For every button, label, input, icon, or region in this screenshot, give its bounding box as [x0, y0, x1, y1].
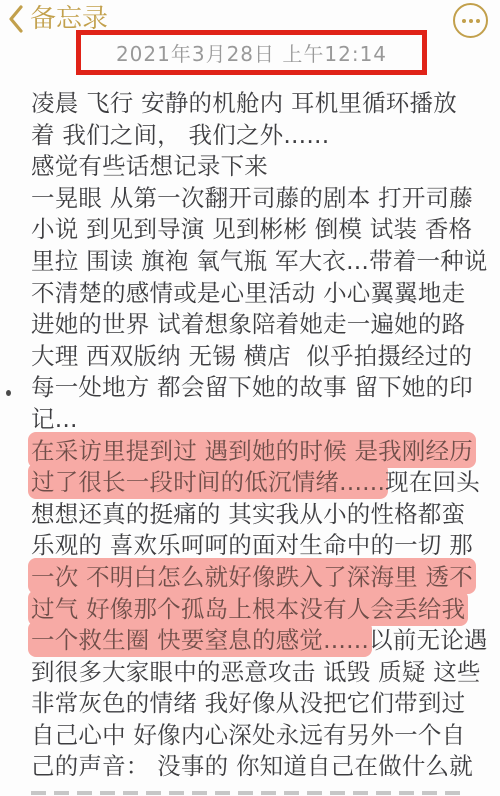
note-line: 一个救生圈 快要窒息的感觉......以前无论遇 [31, 625, 492, 657]
note-line: 进她的世界 试着想象陪着她走一遍她的路 [31, 309, 492, 341]
note-line: 感觉有些话想记录下来 [31, 151, 492, 183]
text-segment: 每一处地方 都会留下她的故事 留下她的印 [31, 373, 473, 401]
text-segment: 着 我们之间， 我们之外...... [31, 121, 329, 149]
text-segment: 小说 到见到导演 见到彬彬 倒模 试装 香格 [31, 215, 472, 243]
note-line: 非常灰色的情绪 我好像从没把它们带到过 [31, 688, 492, 720]
text-segment: 现在回头 [385, 468, 480, 496]
text-segment: 非常灰色的情绪 我好像从没把它们带到过 [31, 689, 465, 717]
text-segment: 凌晨 飞行 安静的机舱内 耳机里循环播放 [31, 89, 457, 117]
notes-app-screen: 备忘录 2021年3月28日 上午12:14 凌晨 飞行 安静的机舱内 耳机里循… [0, 0, 500, 796]
cutoff-next-line [31, 790, 460, 796]
note-line: 小说 到见到导演 见到彬彬 倒模 试装 香格 [31, 214, 492, 246]
note-line: 一次 不明白怎么就好像跌入了深海里 透不 [31, 562, 492, 594]
text-segment: 乐观的 喜欢乐呵呵的面对生命中的一切 那 [31, 531, 473, 559]
text-segment: 以前无论遇 [369, 626, 488, 654]
note-line: 大理 西双版纳 无锡 横店 似乎拍摄经过的 [31, 341, 492, 373]
text-segment: 不清楚的感情或是心里活动 小心翼翼地走 [31, 279, 465, 307]
text-segment: 里拉 围读 旗袍 氧气瓶 军大衣...带着一种说 [31, 247, 488, 275]
text-segment: 感觉有些话想记录下来 [31, 152, 268, 180]
stray-dot [6, 390, 11, 396]
text-segment: 一晃眼 从第一次翻开司藤的剧本 打开司藤 [31, 184, 473, 212]
note-line: 着 我们之间， 我们之外...... [31, 120, 492, 152]
text-segment: 想想还真的挺痛的 其实我从小的性格都蛮 [31, 500, 465, 528]
note-line: 凌晨 飞行 安静的机舱内 耳机里循环播放 [31, 88, 492, 120]
note-line: 里拉 围读 旗袍 氧气瓶 军大衣...带着一种说 [31, 246, 492, 278]
chevron-left-icon [8, 5, 23, 33]
note-line: 不清楚的感情或是心里活动 小心翼翼地走 [31, 278, 492, 310]
text-segment: 自己心中 好像内心深处永远有另外一个自 [31, 721, 465, 749]
note-line: 记... [31, 404, 492, 436]
text-segment: 己的声音： 没事的 你知道自己在做什么就 [31, 752, 473, 780]
note-line: 到很多大家眼中的恶意攻击 诋毁 质疑 这些 [31, 657, 492, 689]
date-annotation-box: 2021年3月28日 上午12:14 [76, 30, 427, 75]
note-line: 过了很长一段时间的低沉情绪......现在回头 [31, 467, 492, 499]
highlight-segment: 一个救生圈 快要窒息的感觉...... [28, 621, 372, 657]
text-segment: 记... [31, 405, 78, 433]
note-body[interactable]: 凌晨 飞行 安静的机舱内 耳机里循环播放着 我们之间， 我们之外......感觉… [31, 88, 492, 783]
text-segment: 到很多大家眼中的恶意攻击 诋毁 质疑 这些 [31, 658, 481, 686]
text-segment: 进她的世界 试着想象陪着她走一遍她的路 [31, 310, 465, 338]
text-segment: 大理 西双版纳 无锡 横店 似乎拍摄经过的 [31, 342, 472, 370]
note-line: 自己心中 好像内心深处永远有另外一个自 [31, 720, 492, 752]
more-button[interactable] [453, 3, 488, 38]
highlight-segment: 过气 好像那个孤岛上根本没有人会丢给我 [28, 590, 468, 626]
highlight-segment: 一次 不明白怎么就好像跌入了深海里 透不 [28, 558, 476, 594]
note-line: 一晃眼 从第一次翻开司藤的剧本 打开司藤 [31, 183, 492, 215]
note-line: 每一处地方 都会留下她的故事 留下她的印 [31, 372, 492, 404]
note-date: 2021年3月28日 上午12:14 [116, 38, 387, 67]
note-line: 想想还真的挺痛的 其实我从小的性格都蛮 [31, 499, 492, 531]
note-line: 己的声音： 没事的 你知道自己在做什么就 [31, 751, 492, 783]
highlight-segment: 在采访里提到过 遇到她的时候 是我刚经历 [28, 432, 476, 468]
ellipsis-icon [462, 19, 480, 23]
highlight-segment: 过了很长一段时间的低沉情绪...... [28, 463, 388, 499]
